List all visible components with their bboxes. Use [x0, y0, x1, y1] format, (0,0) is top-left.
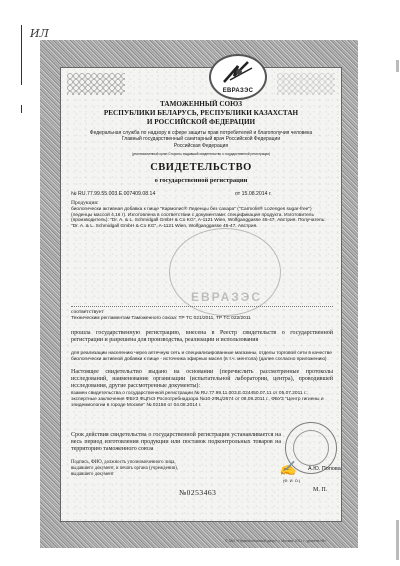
- registration-date: от 15.08.2014 г.: [235, 191, 272, 197]
- union-line-3: И РОССИЙСКОЙ ФЕДЕРАЦИИ: [61, 118, 341, 127]
- basis-text: Настоящее свидетельство выдано на основа…: [71, 369, 333, 390]
- certificate-body: ЕВРАЗЭС ТАМОЖЕННЫЙ СОЮЗ РЕСПУБЛИКИ БЕЛАР…: [60, 67, 342, 522]
- watermark-text: ЕВРАЗЭС: [191, 290, 262, 304]
- registration-number: № RU.77.99.55.003.Е.007409.08.14: [71, 191, 155, 197]
- scan-edge-mark-lower: [396, 520, 399, 560]
- union-line-2: РЕСПУБЛИКИ БЕЛАРУСЬ, РЕСПУБЛИКИ КАЗАХСТА…: [61, 109, 341, 118]
- date-value: 15.08.2014 г.: [242, 191, 272, 197]
- date-label: от: [235, 191, 240, 197]
- signer-caption: (Ф. И. О.): [283, 478, 300, 483]
- conformity-block: соответствует Техническим регламентам Та…: [71, 310, 333, 322]
- agency-line-3: Российская Федерация: [67, 143, 335, 149]
- margin-line-mid: [21, 105, 22, 113]
- certificate-frame: ЕВРАЗЭС ТАМОЖЕННЫЙ СОЮЗ РЕСПУБЛИКИ БЕЛАР…: [40, 40, 358, 548]
- number-value: RU.77.99.55.003.Е.007409.08.14: [78, 191, 155, 197]
- conformity-text: Техническим регламентам Таможенного союз…: [71, 316, 251, 321]
- signature: ✍: [279, 461, 296, 477]
- handwritten-mark: ИЛ: [30, 27, 49, 40]
- signature-caption: Подпись, ФИО, должность уполномоченного …: [71, 460, 191, 477]
- printer-note: © ЗАО «Первый печатный двор», г. Москва,…: [225, 539, 326, 543]
- agency-block: Федеральная служба по надзору в сфере за…: [67, 130, 335, 149]
- product-text: биологически активная добавка к пище "Ка…: [71, 207, 326, 229]
- number-label: №: [71, 191, 77, 197]
- union-header: ТАМОЖЕННЫЙ СОЮЗ РЕСПУБЛИКИ БЕЛАРУСЬ, РЕС…: [61, 100, 341, 127]
- basis-details: взамен свидетельства о государственной р…: [71, 391, 333, 408]
- divider-rule: [71, 306, 333, 307]
- usage-text: для реализации населению через аптечную …: [71, 351, 333, 363]
- validity-text: Срок действия свидетельства о государств…: [71, 432, 281, 453]
- issuer-note: (уполномоченный орган Стороны, выдавший …: [67, 152, 335, 156]
- margin-line-top: [21, 25, 22, 85]
- product-block: Продукция: биологически активная добавка…: [71, 201, 333, 230]
- document-subtitle: о государственной регистрации: [61, 177, 341, 184]
- scan-edge-mark: [396, 60, 399, 72]
- document-title: СВИДЕТЕЛЬСТВО: [61, 162, 341, 173]
- signer-name: А.Ю. Попова: [308, 466, 341, 472]
- union-line-1: ТАМОЖЕННЫЙ СОЮЗ: [61, 100, 341, 109]
- passed-text: прошла государственную регистрацию, внес…: [71, 330, 333, 344]
- serial-number: №0253463: [179, 488, 216, 497]
- seal-label: М. П.: [313, 487, 327, 493]
